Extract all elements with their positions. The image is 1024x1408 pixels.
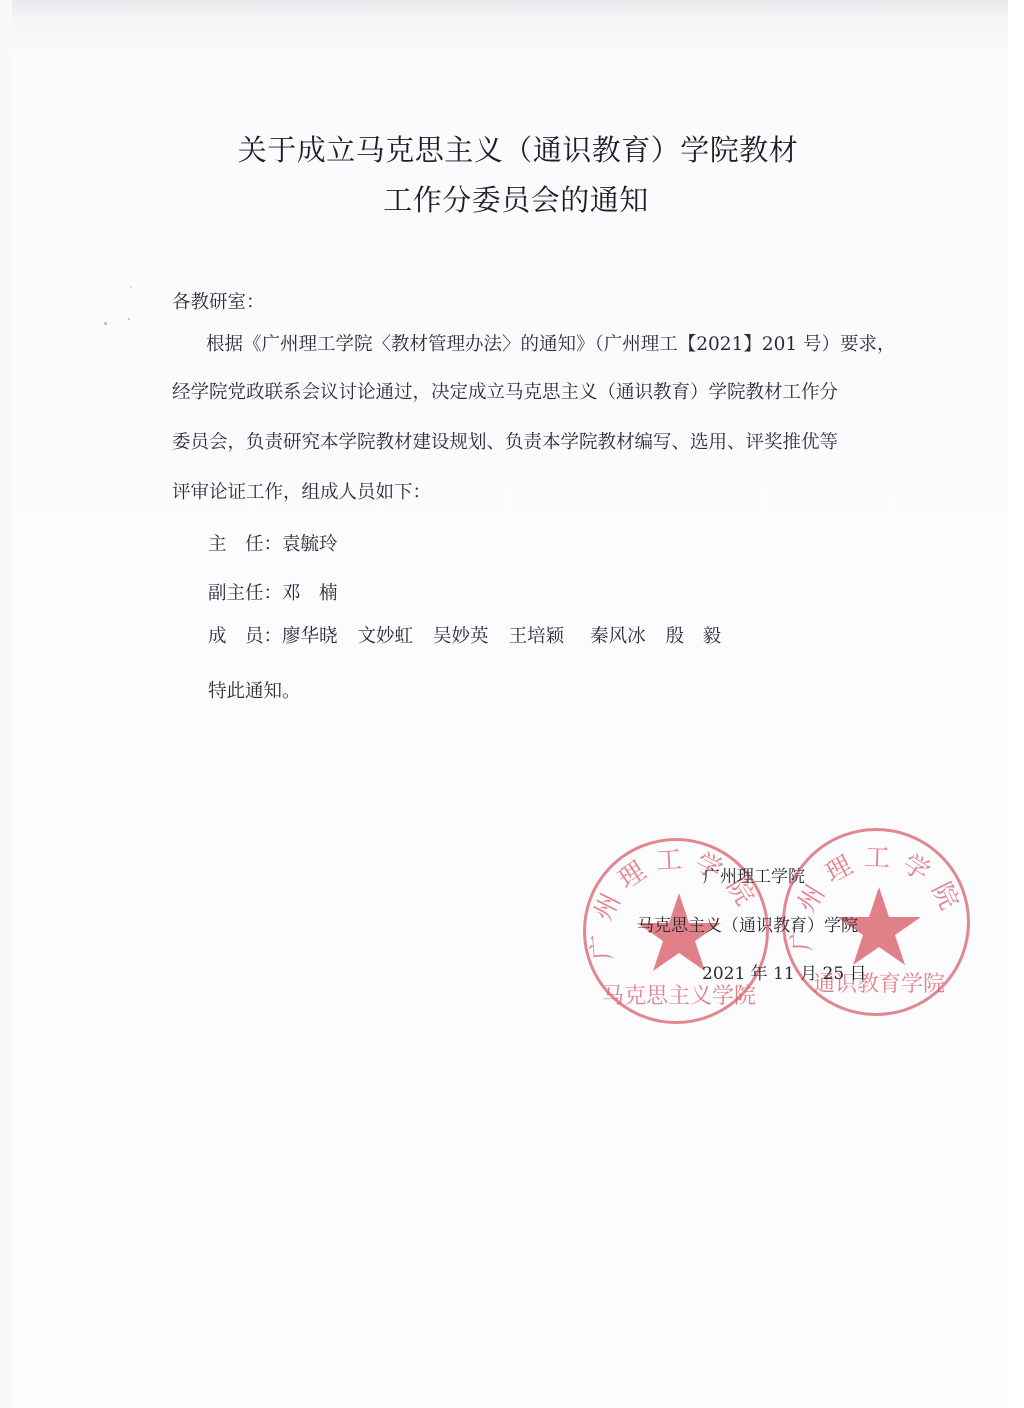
member-name: 廖华晓: [282, 622, 338, 648]
body-paragraph-line-1: 根据《广州理工学院〈教材管理办法〉的通知》（广州理工【2021】201 号）要求…: [206, 330, 896, 356]
seal-bottom-text: 马克思主义学院: [602, 984, 756, 1009]
scan-speck: [104, 322, 107, 325]
member-name: 秦风冰: [590, 622, 646, 648]
signature-school-name: 广州理工学院: [703, 862, 805, 887]
signature-date: 2021 年 11 月 25 日: [702, 959, 867, 984]
deputy-director-name: 邓 楠: [282, 579, 338, 605]
member-name: 吴妙英: [433, 622, 489, 648]
committee-members-row: 成 员：廖华晓文妙虹吴妙英王培颖秦风冰殷 毅: [208, 622, 741, 648]
closing-remark: 特此通知。: [208, 677, 301, 703]
scan-speck: [128, 318, 130, 320]
document-title-line-2: 工作分委员会的通知: [4, 178, 1024, 219]
body-paragraph-line-3: 委员会，负责研究本学院教材建设规划、负责本学院教材编写、选用、评奖推优等: [172, 428, 838, 454]
document-title-line-1: 关于成立马克思主义（通识教育）学院教材: [6, 128, 1024, 169]
scan-speck: [130, 286, 132, 288]
director-label: 主 任：: [208, 530, 282, 556]
member-name: 殷 毅: [666, 622, 722, 648]
salutation: 各教研室：: [172, 288, 265, 314]
director-name: 袁毓玲: [282, 530, 338, 556]
body-paragraph-line-2: 经学院党政联系会议讨论通过，决定成立马克思主义（通识教育）学院教材工作分: [172, 378, 838, 404]
deputy-director-label: 副主任：: [208, 579, 282, 605]
committee-deputy-row: 副主任：邓 楠: [208, 579, 358, 605]
member-name: 王培颖: [509, 622, 565, 648]
body-paragraph-line-4: 评审论证工作，组成人员如下：: [172, 478, 431, 504]
signature-college-name: 马克思主义（通识教育）学院: [637, 911, 858, 936]
member-name: 文妙虹: [358, 622, 414, 648]
members-label: 成 员：: [208, 622, 282, 648]
committee-director-row: 主 任：袁毓玲: [208, 530, 358, 556]
